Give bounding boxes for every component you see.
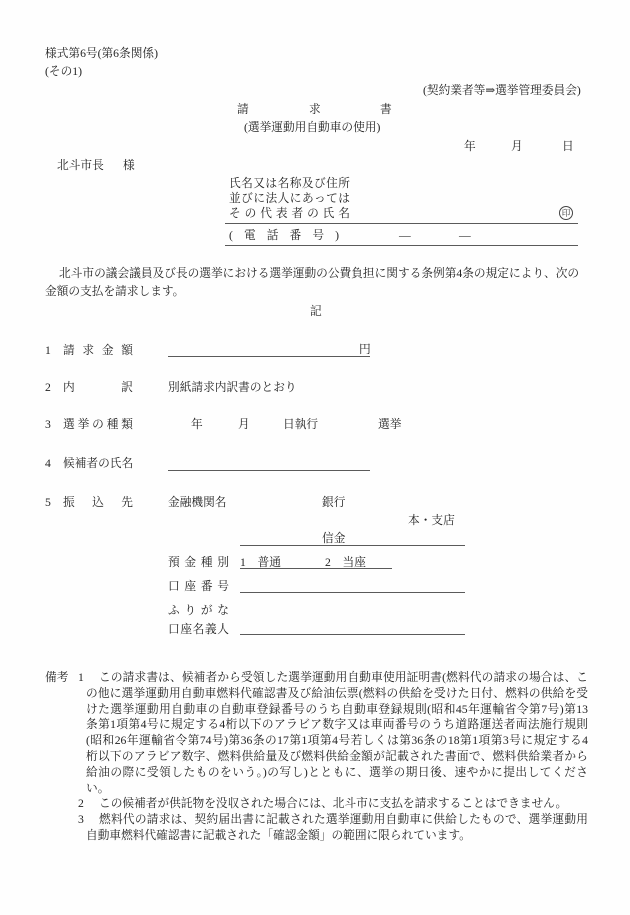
item-label: 振込先: [63, 496, 133, 510]
phone-separator: —: [459, 229, 471, 243]
candidate-name-line: [168, 470, 370, 471]
document-subtitle: (選挙運動用自動車の使用): [244, 121, 380, 135]
item-label: 内訳: [63, 381, 133, 395]
date-year-label: 年: [464, 140, 476, 154]
account-type-line: [240, 568, 392, 569]
form-sub-number: (その1): [45, 65, 82, 79]
routing-note: (契約業者等⇒選挙管理委員会): [423, 84, 581, 98]
phone-line: [225, 245, 578, 246]
item-number: 1: [45, 344, 51, 358]
item-number: 2: [45, 381, 51, 395]
claim-amount-line: [168, 356, 370, 357]
phone-label: (電話番号): [229, 229, 339, 243]
note-line: 条第1項第4号に規定する4桁以下のアラビア数字又は車両番号のうち道路運送者両法施…: [86, 718, 588, 732]
phone-separator: —: [399, 229, 411, 243]
yen-unit: 円: [359, 343, 371, 357]
note-number: 3: [78, 813, 84, 827]
item-number: 5: [45, 496, 51, 510]
item-number: 4: [45, 457, 51, 471]
date-month-label: 月: [511, 140, 523, 154]
breakdown-value: 別紙請求内訳書のとおり: [168, 381, 297, 395]
account-holder-line: [240, 634, 465, 635]
election-day-label: 日執行: [283, 418, 318, 432]
intro-line: 金額の支払を請求します。: [45, 285, 184, 299]
bank-suffix: 銀行: [322, 496, 345, 510]
furigana-label: ふりがな: [168, 604, 229, 618]
note-line: けた選挙運動用自動車の自動車登録番号のうち自動車登録規則(昭和45年運輸省令第7…: [86, 703, 588, 717]
branch-suffix: 本・支店: [408, 514, 455, 528]
form-number: 様式第6号(第6条関係): [45, 47, 158, 61]
ki-heading: 記: [310, 305, 322, 319]
title-char: 書: [380, 103, 392, 117]
applicant-label-line: 氏名又は名称及び住所: [229, 177, 350, 191]
institution-label: 金融機関名: [168, 496, 226, 510]
applicant-label-line: 並びに法人にあっては: [229, 192, 350, 206]
intro-line: 北斗市の議会議員及び長の選挙における選挙運動の公費負担に関する条例第4条の規定に…: [59, 267, 579, 281]
note-line: い。: [86, 782, 109, 796]
election-month-label: 月: [238, 418, 250, 432]
account-holder-label: 口座名義人: [168, 623, 229, 637]
shinkin-suffix: 信金: [322, 532, 345, 546]
item-label: 候補者の氏名: [63, 457, 133, 471]
account-type-label: 預金種別: [168, 556, 229, 570]
addressee-name: 北斗市長: [57, 159, 104, 173]
remarks-label: 備考: [45, 671, 68, 685]
date-day-label: 日: [562, 140, 574, 154]
addressee-honorific: 様: [123, 159, 135, 173]
item-label: 請求金額: [63, 344, 133, 358]
note-line: 燃料代の請求は、契約届出書に記載された選挙運動用自動車に供給したもので、選挙運動…: [99, 813, 588, 827]
account-number-line: [240, 592, 465, 593]
note-line: 自動車燃料代確認書に記載された「確認金額」の範囲に限られています。: [86, 829, 471, 843]
note-line: この請求書は、候補者から受領した選挙運動用自動車使用証明書(燃料代の請求の場合は…: [99, 671, 588, 685]
election-year-label: 年: [191, 418, 203, 432]
note-line: 給油の際に受領したものをいう。)の写し)とともに、選挙の期日後、速やかに提出して…: [86, 766, 588, 780]
note-number: 2: [78, 797, 84, 811]
election-suffix: 選挙: [378, 418, 401, 432]
note-line: この候補者が供託物を没収された場合には、北斗市に支払を請求することはできません。: [99, 797, 567, 811]
account-number-label: 口座番号: [168, 580, 229, 594]
institution-line: [240, 545, 465, 546]
title-char: 求: [309, 103, 321, 117]
applicant-name-line: [225, 223, 578, 224]
seal-icon: 印: [559, 206, 573, 220]
applicant-label-line: その代表者の氏名: [229, 207, 350, 221]
item-label: 選挙の種類: [63, 418, 133, 432]
item-number: 3: [45, 418, 51, 432]
title-char: 請: [237, 103, 249, 117]
note-number: 1: [78, 671, 84, 685]
note-line: 桁以下のアラビア数字、燃料供給量及び燃料供給金額が記載された書面で、燃料供給業者…: [86, 750, 588, 764]
note-line: の他に選挙運動用自動車燃料代確認書及び給油伝票(燃料の供給を受けた日付、燃料の供…: [86, 687, 588, 701]
note-line: (昭和26年運輸省令第74号)第36条の17第1項第4号若しくは第36条の18第…: [86, 734, 588, 748]
